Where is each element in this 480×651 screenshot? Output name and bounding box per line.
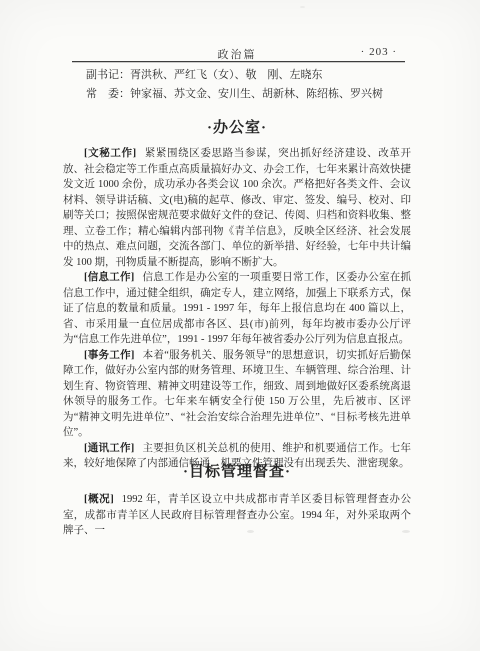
scanned-page: 政治篇 · 203 · 副书记：胥洪秋、严红飞（女）、敬 刚、左晓东 常 委：钟… <box>0 0 480 651</box>
running-header: 政治篇 · 203 · <box>64 46 410 60</box>
paragraph-label: [信息工作] <box>84 272 134 283</box>
paragraph-overview: [概况]1992 年，青羊区设立中共成都市青羊区委目标管理督查办公室，成都市青羊… <box>63 492 411 539</box>
paragraph-text: 紧紧围绕区委思路当参谋，突出抓好经济建设、改革开放、社会稳定等工作重点高质量搞好… <box>63 148 411 268</box>
paragraph-label: [通讯工作] <box>84 443 134 454</box>
roster-line-deputy-secretaries: 副书记：胥洪秋、严红飞（女）、敬 刚、左晓东 <box>86 66 416 85</box>
paragraph-text: 本着“服务机关、服务领导”的思想意识，切实抓好后勤保障工作，做好办公室内部的财务… <box>63 350 411 439</box>
paragraph-information-work: [信息工作]信息工作是办公室的一项重要日常工作，区委办公室在抓信息工作中，通过健… <box>63 270 411 348</box>
page-number: · 203 · <box>361 46 397 58</box>
paragraph-secretarial-work: [文秘工作]紧紧围绕区委思路当参谋，突出抓好经济建设、改革开放、社会稳定等工作重… <box>63 146 411 270</box>
roster-line-standing-committee: 常 委：钟家福、苏文金、安川生、胡新林、陈绍栋、罗兴树 <box>86 85 416 104</box>
paragraph-label: [概况] <box>84 494 114 505</box>
paragraph-label: [文秘工作] <box>84 148 136 159</box>
paragraph-label: [事务工作] <box>84 350 134 361</box>
scan-artifact <box>402 530 410 533</box>
header-rule <box>72 61 405 62</box>
leadership-roster: 副书记：胥洪秋、严红飞（女）、敬 刚、左晓东 常 委：钟家福、苏文金、安川生、胡… <box>86 66 416 103</box>
running-header-title: 政治篇 <box>218 46 257 62</box>
scan-artifact <box>247 530 254 533</box>
paragraph-text: 1992 年，青羊区设立中共成都市青羊区委目标管理督查办公室，成都市青羊区人民政… <box>63 494 411 536</box>
paragraph-affairs-work: [事务工作]本着“服务机关、服务领导”的思想意识，切实抓好后勤保障工作，做好办公… <box>63 348 411 441</box>
section-body-office: [文秘工作]紧紧围绕区委思路当参谋，突出抓好经济建设、改革开放、社会稳定等工作重… <box>63 146 411 472</box>
section-title-target-management-supervision: ·目标管理督查· <box>64 460 410 481</box>
section-body-target-management-supervision: [概况]1992 年，青羊区设立中共成都市青羊区委目标管理督查办公室，成都市青羊… <box>63 492 411 539</box>
scan-artifact <box>300 6 305 8</box>
section-title-office: ·办公室· <box>64 116 410 137</box>
